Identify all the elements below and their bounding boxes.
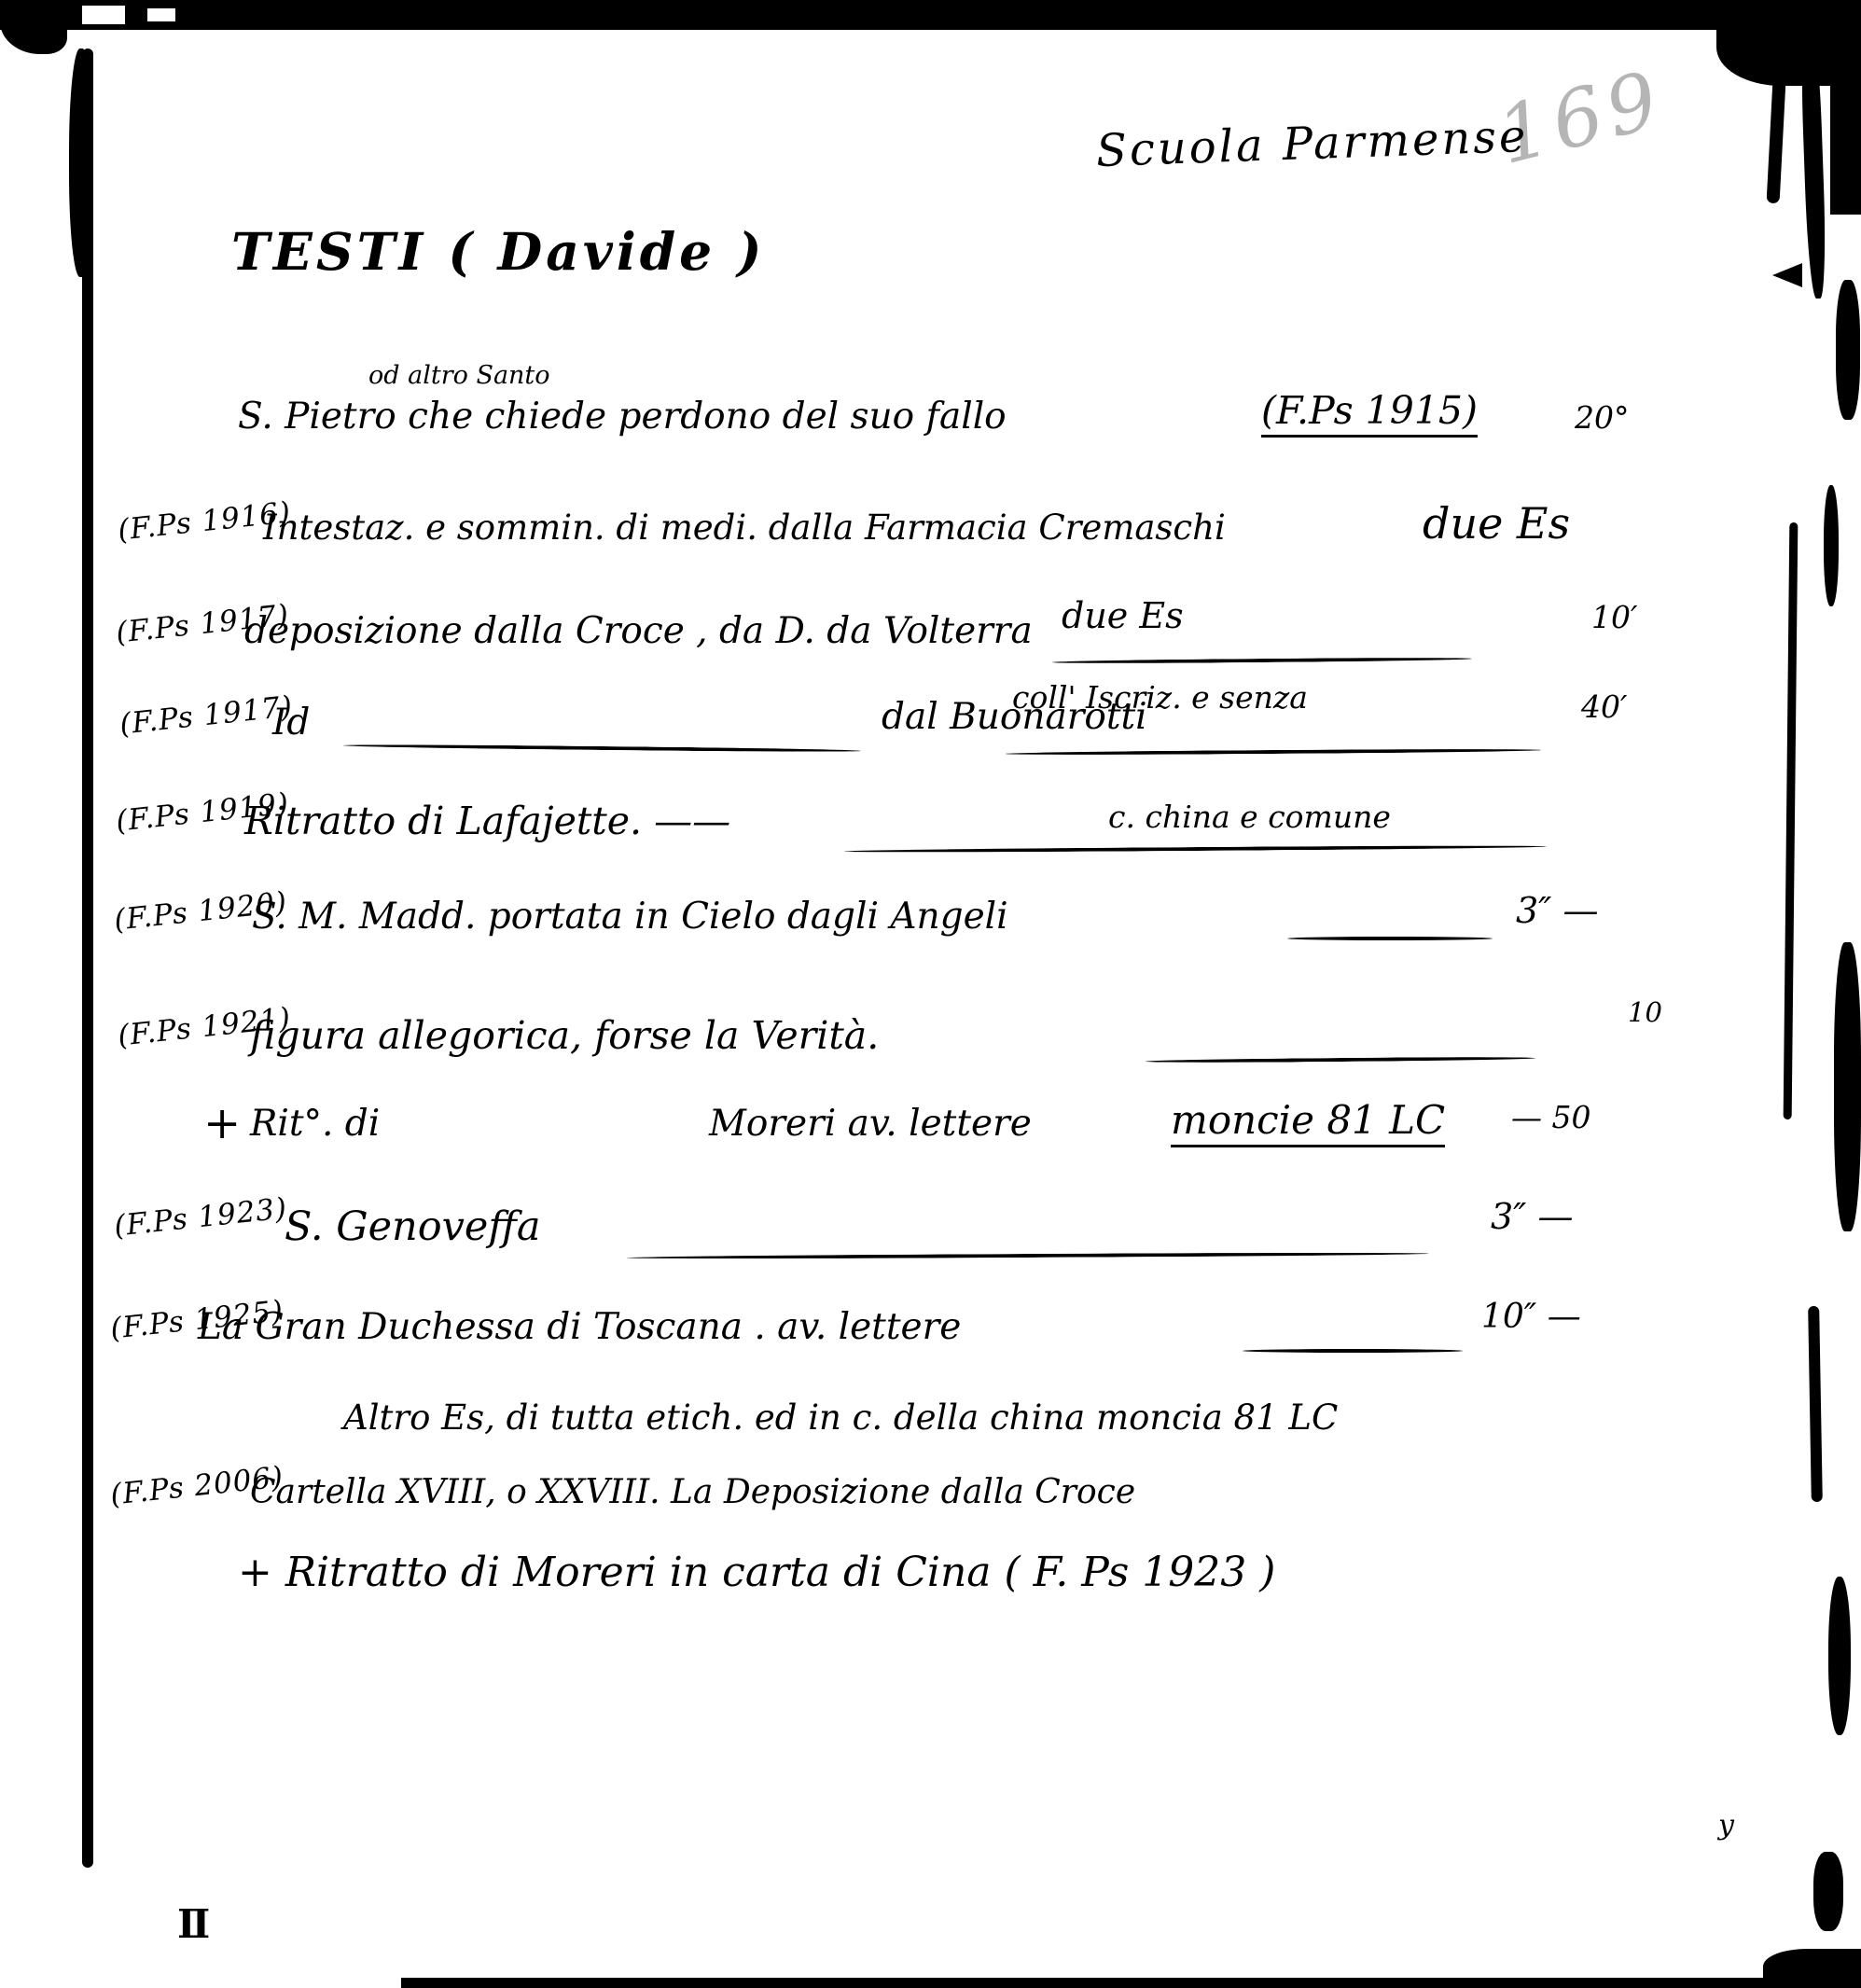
- entry-row-5: (F.Ps 1920) S. M. Madd. portata in Cielo…: [0, 892, 1861, 994]
- entry-7-note: moncie 81 LC: [1171, 1099, 1445, 1147]
- entry-4-note: c. china e comune: [1108, 800, 1391, 834]
- entry-row-4: (F.Ps 1919) Ritratto di Lafajette. —— c.…: [0, 795, 1861, 897]
- entry-8-ref: (F.Ps 1923): [113, 1192, 289, 1242]
- entry-2-text: deposizione dalla Croce , da D. da Volte…: [244, 612, 1033, 652]
- entry-2-price: 10′: [1591, 601, 1637, 634]
- entry-2-note: due Es: [1062, 597, 1184, 636]
- entry-0-interlinear-insert: od altro Santo: [368, 362, 550, 390]
- entry-6-price: 10: [1628, 998, 1662, 1028]
- entry-row-9: (F.Ps 1925) La Gran Duchessa di Toscana …: [0, 1302, 1861, 1405]
- entry-0-catalog-ref: (F.Ps 1915): [1261, 390, 1478, 438]
- entry-5-text: S. M. Madd. portata in Cielo dagli Angel…: [252, 897, 1008, 938]
- scan-bottom-left-mark: II: [177, 1903, 206, 1946]
- entry-row-8: (F.Ps 1923) S. Genoveffa 3″ —: [0, 1200, 1861, 1302]
- entry-row-7: + Rit°. di Moreri av. lettere moncie 81 …: [0, 1099, 1861, 1202]
- entry-3-note: coll' Iscriz. e senza: [1012, 681, 1308, 715]
- entry-row-1: (F.Ps 1916) Intestaz. e sommin. di medi.…: [0, 502, 1861, 605]
- entry-7-text: Rit°. di: [250, 1105, 380, 1145]
- entry-3-ref: (F.Ps 1917): [118, 690, 295, 740]
- school-header: Scuola Parmense: [1095, 112, 1529, 176]
- entry-row-12: + Ritratto di Moreri in carta di Cina ( …: [0, 1545, 1861, 1647]
- entry-4-text: Ritratto di Lafajette. ——: [244, 800, 730, 842]
- entry-5-rule-line: [1287, 937, 1493, 940]
- scan-edge-bottom: [401, 1978, 1861, 1988]
- entry-7-price: — 50: [1511, 1101, 1590, 1134]
- scan-gap-top-2: [147, 8, 175, 21]
- entry-9-rule-line: [1243, 1349, 1463, 1353]
- entry-9-price: 10″ —: [1481, 1299, 1581, 1336]
- entry-8-rule-line: [627, 1252, 1429, 1260]
- entry-7-star-mark: +: [203, 1099, 241, 1148]
- entry-5-price: 3″ —: [1516, 892, 1598, 931]
- entry-6-rule-line: [1146, 1056, 1535, 1064]
- entry-0-price: 20°: [1575, 401, 1630, 435]
- entry-1-note: due Es: [1423, 500, 1570, 548]
- entry-8-price: 3″ —: [1491, 1198, 1573, 1237]
- entry-9-text: La Gran Duchessa di Toscana . av. letter…: [198, 1308, 961, 1348]
- entry-3-rule-line-left: [343, 744, 861, 753]
- entry-4-rule-line: [844, 844, 1547, 853]
- scan-streak-right-10: [1813, 1852, 1843, 1931]
- scan-streak-right-3: [1830, 0, 1861, 215]
- scan-edge-top: [0, 0, 1861, 30]
- entry-0-text: S. Pietro che chiede perdono del suo fal…: [238, 397, 1007, 438]
- scan-bottom-right-mark: y: [1718, 1810, 1734, 1841]
- entry-row-0: od altro Santo S. Pietro che chiede perd…: [0, 390, 1861, 493]
- entry-row-6: (F.Ps 1921) figura allegorica, forse la …: [0, 1009, 1861, 1112]
- entry-3-text: Id: [272, 703, 310, 744]
- scan-blob-top-left: [0, 0, 67, 54]
- entry-10-text: Altro Es, di tutta etich. ed in c. della…: [343, 1399, 1338, 1438]
- entry-2-rule-line: [1052, 657, 1472, 664]
- entry-row-3: (F.Ps 1917) Id dal Buonarotti coll' Iscr…: [0, 698, 1861, 800]
- entry-8-text: S. Genoveffa: [285, 1205, 540, 1249]
- entry-3-rule-line-right: [1006, 748, 1541, 756]
- scan-gap-top-1: [82, 6, 125, 24]
- entry-6-text: figura allegorica, forse la Verità.: [250, 1015, 879, 1057]
- page-title: TESTI ( Davide ): [231, 224, 765, 281]
- scan-edge-left-thick: [69, 49, 93, 277]
- entry-1-text: Intestaz. e sommin. di medi. dalla Farma…: [263, 509, 1226, 548]
- entry-12-text: + Ritratto di Moreri in carta di Cina ( …: [238, 1550, 1275, 1595]
- scanned-document-page: II y 169 Scuola Parmense TESTI ( Davide …: [0, 0, 1861, 1988]
- entry-7-text2: Moreri av. lettere: [709, 1105, 1032, 1145]
- scan-arrow-mark-right: [1772, 263, 1802, 287]
- entry-3-price: 40′: [1581, 690, 1627, 724]
- entry-11-text: Cartella XVIII, o XXVIII. La Deposizione…: [250, 1474, 1135, 1511]
